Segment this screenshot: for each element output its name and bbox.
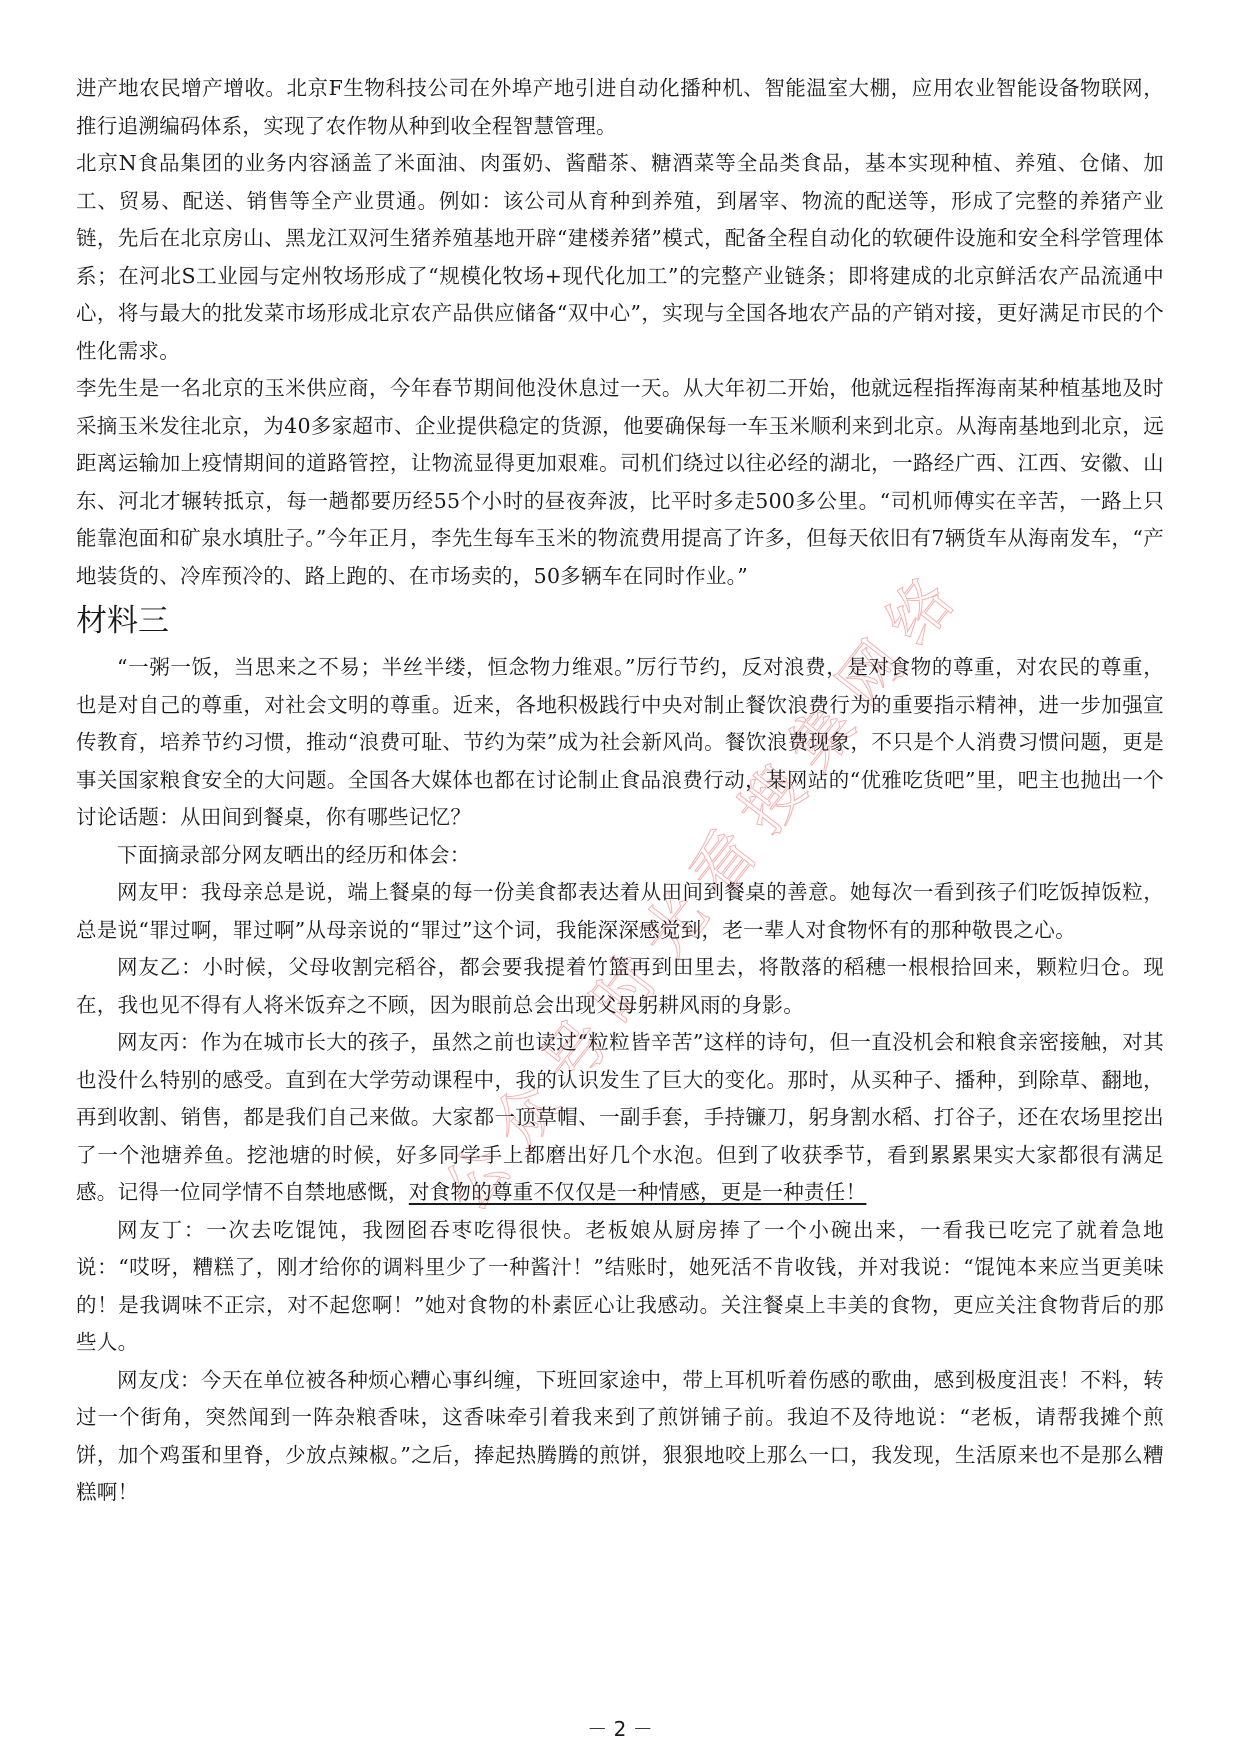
paragraph-material3-intro: “一粥一饭，当思来之不易；半丝半缕，恒念物力维艰。”厉行节约，反对浪费，是对食物…	[76, 649, 1164, 837]
section-heading-material3: 材料三	[76, 597, 1164, 645]
post-netizen-wu: 网友戊：今天在单位被各种烦心糟心事纠缠，下班回家途中，带上耳机听着伤感的歌曲，感…	[76, 1362, 1164, 1512]
post-bing-text: 网友丙：作为在城市长大的孩子，虽然之前也读过“粒粒皆辛苦”这样的诗句，但一直没机…	[76, 1030, 1164, 1204]
post-netizen-bing: 网友丙：作为在城市长大的孩子，虽然之前也读过“粒粒皆辛苦”这样的诗句，但一直没机…	[76, 1024, 1164, 1212]
post-netizen-yi: 网友乙：小时候，父母收割完稻谷，都会要我提着竹篮再到田里去，将散落的稻穗一根根拾…	[76, 949, 1164, 1024]
paragraph-n-food-group: 北京N食品集团的业务内容涵盖了米面油、肉蛋奶、酱醋茶、糖酒菜等全品类食品，基本实…	[76, 145, 1164, 370]
underlined-quote: 对食物的尊重不仅仅是一种情感，更是一种责任！	[409, 1180, 867, 1204]
post-netizen-ding: 网友丁：一次去吃馄饨，我囫囵吞枣吃得很快。老板娘从厨房捧了一个小碗出来，一看我已…	[76, 1212, 1164, 1362]
paragraph-f-company: 进产地农民增产增收。北京F生物科技公司在外埠产地引进自动化播种机、智能温室大棚，…	[76, 70, 1164, 145]
post-netizen-jia: 网友甲：我母亲总是说，端上餐桌的每一份美食都表达着从田间到餐桌的善意。她每次一看…	[76, 874, 1164, 949]
page-number: － 2 －	[0, 1713, 1240, 1742]
paragraph-lead: 下面摘录部分网友晒出的经历和体会：	[76, 837, 1164, 875]
document-page: 进产地农民增产增收。北京F生物科技公司在外埠产地引进自动化播种机、智能温室大棚，…	[76, 70, 1164, 1512]
paragraph-corn-supplier: 李先生是一名北京的玉米供应商，今年春节期间他没休息过一天。从大年初二开始，他就远…	[76, 370, 1164, 595]
